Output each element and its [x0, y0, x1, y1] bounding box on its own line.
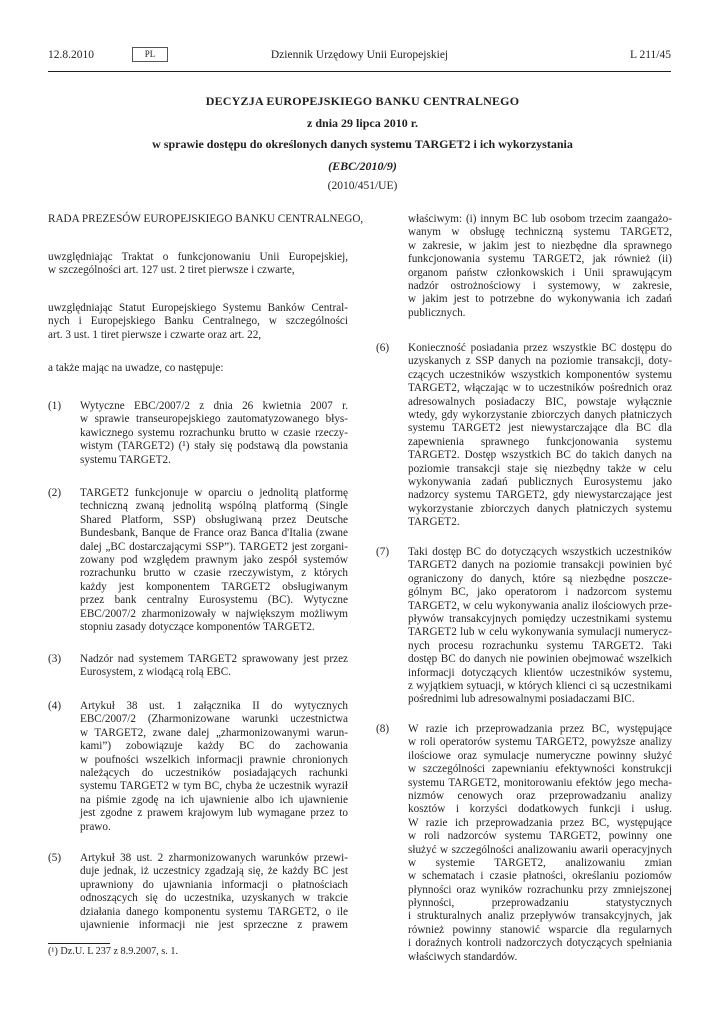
text-line: czących uczestników wszystkich komponent…: [408, 369, 672, 382]
text-line: w TARGET2, zwane dalej „zharmonizowanymi…: [80, 727, 348, 740]
recital-number: (1): [48, 400, 78, 413]
text-line: ilościowe oraz symulacje numeryczne powi…: [408, 750, 672, 763]
text-line: uzyskanych z SSP danych na poziomie tran…: [408, 355, 672, 368]
text-line: informacji dotyczących klientów uczestni…: [408, 667, 672, 680]
text-line: funkcjonowania systemu TARGET2, jak równ…: [408, 253, 672, 266]
text-line: RADA PREZESÓW EUROPEJSKIEGO BANKU CENTRA…: [48, 213, 348, 226]
recital-text: Nadzór nad systemem TARGET2 sprawowany j…: [80, 653, 348, 680]
text-line: w szczególności zapewnianiu efektywności…: [408, 763, 672, 776]
text-line: W razie ich przeprowadzania przez BC, wy…: [408, 723, 672, 736]
text-line: wtedy, gdy wykorzystanie zbiorczych dany…: [408, 409, 672, 422]
text-line: TARGET2 danych na poziomie transakcji po…: [408, 559, 672, 572]
text-line: odnoszących się do uczestnika, uzyskanyc…: [80, 892, 348, 905]
text-line: na piśmie zgodę na ich ujawnienie albo i…: [80, 794, 348, 807]
text-line: systemu TARGET2.: [80, 454, 348, 467]
text-line: zowany pod względem prawnym jako zespół …: [80, 554, 348, 567]
footnote-text: Dz.U. L 237 z 8.9.2007, s. 1.: [60, 946, 178, 957]
text-line: Taki dostęp BC do dotyczących wszystkich…: [408, 546, 672, 559]
text-line: stopniu zasady dotyczące komponentów TAR…: [80, 621, 348, 634]
text-line: w roli nadzorców systemu TARGET2, powinn…: [408, 830, 672, 843]
text-line: nadzór ostrożnościowy i systemowy, w zak…: [408, 280, 672, 293]
preamble-having-regard-treaty: uwzględniając Traktat o funkcjonowaniu U…: [48, 251, 348, 278]
text-line: W razie ich przeprowadzania przez BC, wy…: [408, 817, 672, 830]
text-line: w zakresie, w jakim jest to niezbędne dl…: [408, 240, 672, 253]
header-rule: [48, 71, 671, 72]
text-line: i strukturalnych analiz przepływów trans…: [408, 910, 672, 923]
text-line: wykorzystanie zbiorczych danych płatnicz…: [408, 503, 672, 516]
recital-number: (6): [376, 342, 406, 355]
text-line: duje jednak, iż uczestnicy zgadzają się,…: [80, 865, 348, 878]
text-line: EBC/2007/2 zharmonizowały w największym …: [80, 608, 348, 621]
text-line: ujawnienie informacji nie jest sprzeczne…: [80, 919, 348, 932]
text-line: nych procesu rozrachunku systemu TARGET2…: [408, 640, 672, 653]
text-line: wistym (TARGET2) (¹) stały się podstawą …: [80, 440, 348, 453]
recital-text: Konieczność posiadania przez wszystkie B…: [408, 342, 672, 529]
text-line: każdy jest komponentem TARGET2 obsługiwa…: [80, 581, 348, 594]
text-line: kawicznego systemu rozrachunku brutto w …: [80, 427, 348, 440]
document-date: z dnia 29 lipca 2010 r.: [0, 116, 725, 131]
recital-text: Artykuł 38 ust. 1 załącznika II do wytyc…: [80, 700, 348, 834]
text-line: Artykuł 38 ust. 2 zharmonizowanych warun…: [80, 852, 348, 865]
text-line: a także mając na uwadze, co następuje:: [48, 362, 348, 375]
text-line: nizmów cenowych oraz przeprowadzaniu ana…: [408, 790, 672, 803]
text-line: z wyjątkiem sytuacji, w których klienci …: [408, 680, 672, 693]
text-line: TARGET2.: [408, 516, 672, 529]
text-line: płynności oraz wyników rozrachunku przy …: [408, 884, 672, 897]
preamble-having-regard-statute: uwzględniając Statut Europejskiego Syste…: [48, 302, 348, 342]
footnote: (¹) Dz.U. L 237 z 8.9.2007, s. 1.: [48, 946, 178, 957]
text-line: służyć w szczególności analizowaniu awar…: [408, 844, 672, 857]
text-line: w sprawie transeuropejskiego zautomatyzo…: [80, 413, 348, 426]
text-line: w systemie TARGET2, analizowaniu zmian: [408, 857, 672, 870]
recital-text: Taki dostęp BC do dotyczących wszystkich…: [408, 546, 672, 707]
text-line: nych i Europejskiego Banku Centralnego, …: [48, 315, 348, 328]
recital-number: (8): [376, 723, 406, 736]
text-line: Wytyczne EBC/2007/2 z dnia 26 kwietnia 2…: [80, 400, 348, 413]
text-line: Konieczność posiadania przez wszystkie B…: [408, 342, 672, 355]
recital-text: TARGET2 funkcjonuje w oparciu o jednolit…: [80, 487, 348, 634]
text-line: wykonywania zadań publicznych Eurosystem…: [408, 476, 672, 489]
recital-number: (2): [48, 487, 78, 500]
preamble-council: RADA PREZESÓW EUROPEJSKIEGO BANKU CENTRA…: [48, 213, 348, 226]
text-line: w jakim jest to potrzebne do wykonywania…: [408, 293, 672, 306]
text-line: systemu TARGET2, monitorowaniu efektów j…: [408, 777, 672, 790]
text-line: Shared Platform, SSP) obsługiwaną przez …: [80, 514, 348, 527]
recital-number: (4): [48, 700, 78, 713]
text-line: zapewnienia sprawnego funkcjonowania sys…: [408, 436, 672, 449]
footnote-rule: [48, 943, 110, 944]
text-line: dostęp BC do danych nie powinien obejmow…: [408, 653, 672, 666]
journal-title: Dziennik Urzędowy Unii Europejskiej: [48, 49, 671, 61]
text-line: TARGET2, w celu wykonywania analiz ilośc…: [408, 600, 672, 613]
text-line: EBC/2007/2 (Zharmonizowane warunki uczes…: [80, 713, 348, 726]
document-subject: w sprawie dostępu do określonych danych …: [0, 137, 725, 152]
text-line: właściwym: (i) innym BC lub osobom trzec…: [408, 213, 672, 226]
text-line: uprawniony do ujawniania informacji o pł…: [80, 879, 348, 892]
recital-text: właściwym: (i) innym BC lub osobom trzec…: [408, 213, 672, 320]
text-line: rozrachunku brutto w czasie rzeczywistym…: [80, 567, 348, 580]
recital-number: (5): [48, 852, 78, 865]
text-line: w poufności wszelkich informacji prawnie…: [80, 754, 348, 767]
text-line: organom państw członkowskich i Unii spra…: [408, 267, 672, 280]
text-line: adresowalnych posiadaczy BIC, powstaje w…: [408, 396, 672, 409]
text-line: Eurosystem, z wiodącą rolą EBC.: [80, 666, 348, 679]
journal-header: 12.8.2010 PL Dziennik Urzędowy Unii Euro…: [48, 49, 671, 69]
text-line: pływów transakcyjnych pomiędzy uczestnik…: [408, 613, 672, 626]
text-line: poziomie transakcji staje się niezbędny …: [408, 463, 672, 476]
text-line: pośrednimi lub adresowalnymi posiadaczam…: [408, 693, 672, 706]
text-line: kosztów i korzyści dodatkowych funkcji i…: [408, 803, 672, 816]
page-reference: L 211/45: [630, 49, 671, 61]
text-line: właściwych standardów.: [408, 951, 672, 964]
text-line: publicznych.: [408, 307, 672, 320]
text-line: TARGET2 funkcjonuje w oparciu o jednolit…: [80, 487, 348, 500]
recital-text: W razie ich przeprowadzania przez BC, wy…: [408, 723, 672, 964]
text-line: systemu TARGET2 jest niewystarczające dl…: [408, 422, 672, 435]
text-line: uwzględniając Traktat o funkcjonowaniu U…: [48, 251, 348, 264]
text-line: Bundesbank, Banque de France oraz Banca …: [80, 527, 348, 540]
text-line: art. 3 ust. 1 tiret pierwsze i czwarte o…: [48, 329, 348, 342]
text-line: ograniczony do danych, które są niezbędn…: [408, 573, 672, 586]
document-celex: (2010/451/UE): [0, 180, 725, 192]
text-line: techniczną zwaną jednolitą wspólną platf…: [80, 500, 348, 513]
preamble-whereas-intro: a także mając na uwadze, co następuje:: [48, 362, 348, 375]
recital-text: Artykuł 38 ust. 2 zharmonizowanych warun…: [80, 852, 348, 932]
text-line: również powinny stanowić wsparcie dla re…: [408, 924, 672, 937]
text-line: dalej „BC dostarczającymi SSP”). TARGET2…: [80, 541, 348, 554]
text-line: TARGET2, włączając w to uczestników pośr…: [408, 382, 672, 395]
text-line: kami”) zobowiązuje każdy BC do zachowani…: [80, 740, 348, 753]
text-line: TARGET2 lub w celu wykonywania symulacji…: [408, 626, 672, 639]
text-line: jest zgodne z prawem krajowym lub wymaga…: [80, 807, 348, 820]
text-line: w schematach i czasie płatności, określa…: [408, 870, 672, 883]
text-line: płynności, przeprowadzaniu statystycznyc…: [408, 897, 672, 910]
text-line: przez bank centralny Eurosystemu (BC). W…: [80, 594, 348, 607]
text-line: systemu TARGET2 w tym BC, chyba że uczes…: [80, 780, 348, 793]
document-title: DECYZJA EUROPEJSKIEGO BANKU CENTRALNEGO: [0, 94, 725, 109]
footnote-marker: (¹): [48, 946, 58, 957]
text-line: gólnym BC, jako operatorom i nadzorcom s…: [408, 586, 672, 599]
text-line: w szczególności art. 127 ust. 2 tiret pi…: [48, 264, 348, 277]
text-line: Artykuł 38 ust. 1 załącznika II do wytyc…: [80, 700, 348, 713]
text-line: Nadzór nad systemem TARGET2 sprawowany j…: [80, 653, 348, 666]
text-line: i doraźnych kontroli nadzorczych dotyczą…: [408, 937, 672, 950]
text-line: uwzględniając Statut Europejskiego Syste…: [48, 302, 348, 315]
document-reference: (EBC/2010/9): [0, 159, 725, 174]
text-line: wanym w obsługę techniczną systemu TARGE…: [408, 226, 672, 239]
text-line: należących do uczestników posiadających …: [80, 767, 348, 780]
recital-number: (3): [48, 653, 78, 666]
text-line: działania danego komponentu systemu TARG…: [80, 906, 348, 919]
text-line: w roli operatorów systemu TARGET2, powyż…: [408, 736, 672, 749]
text-line: nadzorcy systemu TARGET2, gdy niewystarc…: [408, 489, 672, 502]
text-line: TARGET2. Dostęp wszystkich BC do takich …: [408, 449, 672, 462]
recital-number: (7): [376, 546, 406, 559]
text-line: prawo.: [80, 821, 348, 834]
recital-text: Wytyczne EBC/2007/2 z dnia 26 kwietnia 2…: [80, 400, 348, 467]
